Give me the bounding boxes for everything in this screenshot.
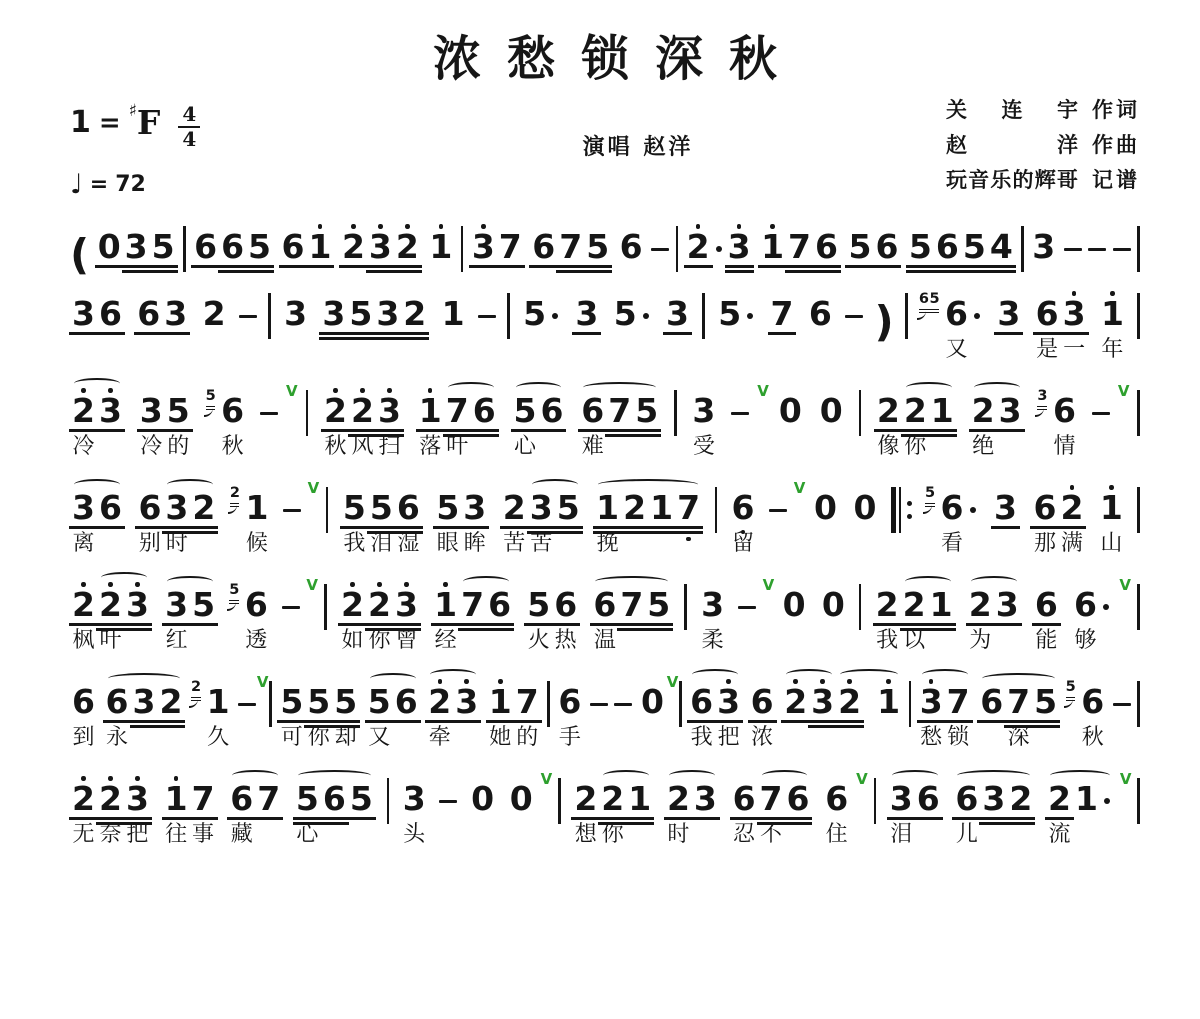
breath-glyph: V: [1119, 576, 1131, 594]
note: 7: [557, 230, 584, 264]
beam-line: [245, 270, 274, 273]
beam-line: [500, 526, 529, 529]
lyric-syllable: 挽: [597, 532, 619, 556]
note-digit: 5心: [512, 394, 539, 428]
slur-arc: 2牵3: [426, 685, 480, 719]
note: 2奈: [97, 782, 124, 816]
beam-line: [103, 720, 132, 723]
beat-group: 56: [846, 230, 900, 264]
beam-line: [69, 817, 98, 820]
notes-row: 2无2奈3把1往7事6藏75心653头00V2想2你12时36忍7不66住V3泪…: [70, 782, 1140, 816]
dash-hold: [590, 703, 608, 707]
note: 5: [645, 588, 672, 622]
slur-arc: 7叶6: [444, 394, 498, 428]
note: 0: [851, 491, 878, 525]
note-digit: 7: [497, 230, 524, 264]
beat-group: 6: [618, 230, 645, 264]
beat-group: 56秋: [1066, 685, 1107, 719]
beam-line: [845, 265, 874, 268]
breath-glyph: V: [856, 770, 868, 788]
credit-role: 作词: [1092, 92, 1140, 127]
note-digit: 3: [70, 297, 97, 331]
beam-line: [400, 332, 429, 335]
lyric-syllable: 头: [403, 823, 425, 847]
lyric-syllable: 无: [72, 823, 94, 847]
beam-line: [189, 817, 218, 820]
grace-note: 65: [919, 292, 940, 307]
beat-group: 3: [282, 297, 309, 331]
note: 2你: [902, 394, 929, 428]
beam-line: [69, 332, 98, 335]
beam-line: [338, 623, 367, 626]
note: 3: [997, 394, 1024, 428]
note: 3冷: [138, 394, 165, 428]
note: 2枫: [70, 588, 97, 622]
beam-line: [96, 332, 125, 335]
note: 5的: [165, 394, 192, 428]
beam-line: [425, 720, 454, 723]
beam-line: [365, 720, 394, 723]
note: 1经: [432, 588, 459, 622]
note-digit: 2我: [874, 588, 901, 622]
note-digit: 3把: [124, 782, 151, 816]
note-digit: 2如: [339, 588, 366, 622]
beam-line: [977, 720, 1006, 723]
barline: [269, 681, 272, 727]
beam-line: [130, 725, 159, 728]
beat-group: 1年: [1099, 297, 1126, 331]
note: 5心: [512, 394, 539, 428]
note: 7锁: [945, 685, 972, 719]
beat-group: 3冷5的: [138, 394, 192, 428]
lyric-syllable: 叶: [446, 435, 468, 459]
lyric-syllable: 永: [106, 726, 128, 750]
beat-group: 1: [440, 297, 467, 331]
note: 2: [782, 685, 809, 719]
breath-glyph: V: [794, 479, 806, 497]
slur-arc: 5心6: [512, 394, 566, 428]
note-digit: 6手: [556, 685, 583, 719]
breath-glyph: V: [763, 576, 775, 594]
octave-dot-high: [481, 224, 486, 229]
note-digit: 3: [726, 230, 753, 264]
beat-group: 2绝3: [970, 394, 1024, 428]
note-digit: 0: [781, 588, 808, 622]
slur-arc: 6我3把: [688, 685, 742, 719]
note: 0: [508, 782, 535, 816]
octave-dot-high: [333, 388, 338, 393]
beat-group: 3532: [320, 297, 428, 331]
slur-arc: 5心65: [294, 782, 375, 816]
note: 3: [123, 230, 150, 264]
credit-name-char: 哥: [1057, 162, 1078, 197]
beam-line: [366, 265, 395, 268]
note-digit: 2时: [665, 782, 692, 816]
note-digit: 3: [664, 297, 691, 331]
note-digit: 2: [836, 685, 863, 719]
note-digit: 6: [813, 230, 840, 264]
octave-dot-high: [174, 776, 179, 781]
credit-name-char: 赵: [946, 127, 967, 162]
note-digit: 2你: [366, 588, 393, 622]
beam-line: [994, 332, 1023, 335]
lyric-syllable: 绝: [972, 435, 994, 459]
note: 1: [759, 230, 786, 264]
note-digit: 7: [675, 491, 702, 525]
note-digit: 2流: [1046, 782, 1073, 816]
beam-line: [758, 265, 787, 268]
lyric-syllable: 藏: [231, 823, 253, 847]
beam-line: [485, 623, 514, 626]
note-digit: 3: [992, 491, 1019, 525]
note: 2: [621, 491, 648, 525]
note: 6手: [556, 685, 583, 719]
barline: [1137, 584, 1140, 630]
meta-row: 1 = ♯ F 4 4 ♩ = 72 演唱 赵洋 关连宇作词赵洋作曲玩音乐的辉哥…: [70, 90, 1140, 197]
beam-line: [933, 270, 962, 273]
octave-dot-high: [81, 582, 86, 587]
note: 3: [994, 588, 1021, 622]
beat-group: 67深5: [978, 685, 1059, 719]
note-digit: 6儿: [953, 782, 980, 816]
note: 6: [915, 782, 942, 816]
beam-line: [135, 526, 164, 529]
beam-line: [647, 526, 676, 529]
beat-group: 232: [340, 230, 421, 264]
lyric-syllable: 手: [559, 726, 581, 750]
beat-group: 3: [992, 491, 1019, 525]
note-digit: 0: [508, 782, 535, 816]
note: 5泪: [368, 491, 395, 525]
barline: [905, 293, 908, 339]
note-digit: 5: [961, 230, 988, 264]
note: 5你: [305, 685, 332, 719]
lyric-syllable: 把: [126, 823, 148, 847]
note-digit: 6: [978, 685, 1005, 719]
note: 6: [530, 230, 557, 264]
note-digit: 3离: [70, 491, 97, 525]
note-digit: 2枫: [70, 588, 97, 622]
breath-glyph: V: [1120, 770, 1132, 788]
beat-group: 3受: [690, 394, 717, 428]
barline: [684, 584, 687, 630]
slur-arc: 2时3: [665, 782, 719, 816]
beam-line: [433, 526, 462, 529]
note-digit: 0: [469, 782, 496, 816]
grace-note: 5: [206, 389, 217, 404]
note-digit: 6温: [591, 588, 618, 622]
note: 2以: [901, 588, 928, 622]
beam-line: [69, 623, 98, 626]
beat-group: 6那2满: [1031, 491, 1085, 525]
octave-dot-high: [387, 388, 392, 393]
barline: [326, 487, 329, 533]
beat-group: 7: [769, 297, 796, 331]
note: 2: [836, 685, 863, 719]
music-line: 2枫2叶33红556透V2如2你3曾1经765火6热6温753柔V002我2以1…: [70, 567, 1140, 662]
beam-line: [593, 526, 622, 529]
note-digit: 0: [639, 685, 666, 719]
note: 6: [471, 394, 498, 428]
beam-line: [134, 332, 163, 335]
note-digit: 2满: [1058, 491, 1085, 525]
repeat-dot: [907, 501, 912, 506]
note: 2风: [349, 394, 376, 428]
lyric-syllable: 秋: [324, 435, 346, 459]
note: 6: [978, 685, 1005, 719]
beam-line: [69, 429, 98, 432]
barline: [874, 778, 877, 824]
credit-name-char: 的: [1013, 162, 1034, 197]
beat-group: 0: [851, 491, 878, 525]
note-digit: 3: [367, 230, 394, 264]
note: 2我: [874, 588, 901, 622]
note: 3愁: [918, 685, 945, 719]
note-digit: 7: [769, 297, 796, 331]
lyric-syllable: 那: [1034, 532, 1056, 556]
note: 1她: [487, 685, 514, 719]
beam-line: [644, 628, 673, 631]
note-digit: 7不: [758, 782, 785, 816]
beam-line: [691, 817, 720, 820]
note-digit: 7的: [514, 685, 541, 719]
note-digit: 5眼: [434, 491, 461, 525]
lyric-syllable: 冷: [72, 435, 94, 459]
note: 0: [469, 782, 496, 816]
lyric-syllable: 苦: [503, 532, 525, 556]
beam-line: [808, 725, 837, 728]
beam-line: [632, 434, 661, 437]
beam-line: [674, 531, 703, 534]
note: 7: [606, 394, 633, 428]
beam-line: [917, 720, 946, 723]
note-digit: 0: [812, 491, 839, 525]
beam-line: [927, 628, 956, 631]
lyric-syllable: 够: [1075, 629, 1097, 653]
dash-hold: [651, 248, 669, 252]
beat-group: 2牵3: [426, 685, 480, 719]
note-digit: 6: [135, 297, 162, 331]
note-digit: 6: [618, 230, 645, 264]
octave-dot-high: [108, 776, 113, 781]
note: 7事: [190, 782, 217, 816]
note: 21候: [230, 491, 271, 525]
lyric-syllable: 我: [876, 629, 898, 653]
note-digit: 2秋: [322, 394, 349, 428]
note: 5火: [525, 588, 552, 622]
lyric-syllable: 透: [245, 629, 267, 653]
augmentation-dot: [970, 507, 976, 513]
dash-hold: [1064, 248, 1082, 252]
beam-line: [394, 526, 423, 529]
lyric-syllable: 牵: [429, 726, 451, 750]
beam-line: [748, 720, 777, 723]
note-digit: 3: [162, 297, 189, 331]
beam-line: [189, 526, 218, 529]
note-digit: 6: [97, 491, 124, 525]
beam-line: [647, 531, 676, 534]
lyric-syllable: 柔: [702, 629, 724, 653]
note-digit: 2苦: [501, 491, 528, 525]
beam-line: [470, 429, 499, 432]
credit-name: 玩音乐的辉哥: [946, 162, 1078, 197]
beam-line: [392, 623, 421, 626]
note-digit: 5: [584, 230, 611, 264]
note-digit: 5: [716, 297, 743, 331]
barline: [461, 226, 464, 272]
note-digit: 6: [97, 297, 124, 331]
credit-row: 赵洋作曲: [946, 127, 1140, 162]
beam-line: [625, 817, 654, 820]
beat-group: 1往7事: [163, 782, 217, 816]
octave-dot-high: [929, 679, 934, 684]
beam-line: [1032, 623, 1061, 626]
augmentation-dot: [747, 313, 753, 319]
note-digit: 6: [393, 685, 420, 719]
note-digit: 6: [321, 782, 348, 816]
note-digit: 5你: [305, 685, 332, 719]
music-line: (035665612321376756231765656543: [70, 209, 1140, 276]
note-digit: 6: [280, 230, 307, 264]
lyric-syllable: 看: [941, 532, 963, 556]
lyric-syllable: 温: [594, 629, 616, 653]
notes-row: 366323353215353576)656又36是3一1年: [70, 297, 1140, 331]
note-digit: 6留: [730, 491, 757, 525]
beam-line: [583, 265, 612, 268]
lyric-syllable: 到: [72, 726, 94, 750]
note: 2绝: [970, 394, 997, 428]
note: 3: [282, 297, 309, 331]
beat-group: 6儿32: [953, 782, 1034, 816]
note: 6那: [1031, 491, 1058, 525]
note-digit: 5: [150, 230, 177, 264]
beam-line: [598, 817, 627, 820]
slur-arc: 67深5: [978, 685, 1059, 719]
beat-group: 0: [812, 491, 839, 525]
note-digit: 2: [1007, 782, 1034, 816]
dash-hold: [239, 315, 257, 319]
beam-line: [218, 270, 247, 273]
beam-line: [725, 270, 754, 273]
beam-line: [227, 817, 256, 820]
note-digit: 1: [626, 782, 653, 816]
barline: [183, 226, 186, 272]
beam-line: [96, 623, 125, 626]
lyric-syllable: 儿: [956, 823, 978, 847]
octave-dot-high: [377, 582, 382, 587]
notes-row: (035665612321376756231765656543: [70, 230, 1140, 264]
note-digit: 2冷: [70, 394, 97, 428]
note-digit: 6情: [1051, 394, 1078, 428]
note: 3: [131, 685, 158, 719]
music-line: 2冷33冷5的56秋V2秋2风3扫1落7叶65心66难753受V002像2你12…: [70, 373, 1140, 468]
lyric-syllable: 满: [1061, 532, 1083, 556]
lyric-syllable: 别: [139, 532, 161, 556]
octave-dot-high: [443, 582, 448, 587]
beat-group: 2像2你1: [875, 394, 956, 428]
note: 1: [427, 230, 454, 264]
note: 2: [1007, 782, 1034, 816]
beam-line: [960, 265, 989, 268]
slur-arc: 76: [459, 588, 513, 622]
note: 2苦: [501, 491, 528, 525]
note-digit: 3: [995, 297, 1022, 331]
beam-line: [392, 720, 421, 723]
credit-row: 关连宇作词: [946, 92, 1140, 127]
slur-arc: 2为3: [967, 588, 1021, 622]
beam-line: [393, 270, 422, 273]
beat-group: 2: [201, 297, 228, 331]
beam-line: [757, 817, 786, 820]
barline: [1137, 390, 1140, 436]
beam-line: [458, 623, 487, 626]
beat-group: 2流1: [1046, 782, 1114, 816]
beam-line: [1060, 332, 1089, 335]
note-digit: 5又: [366, 685, 393, 719]
dash-hold: [1113, 248, 1131, 252]
note: 2想: [572, 782, 599, 816]
beam-line: [123, 817, 152, 820]
octave-dot-high: [108, 582, 113, 587]
beam-line: [887, 817, 916, 820]
note: 3: [1030, 230, 1057, 264]
note-digit: 1久: [205, 685, 232, 719]
beat-group: 6忍7不6: [731, 782, 812, 816]
note-digit: 0: [96, 230, 123, 264]
slur-arc: 21: [836, 685, 902, 719]
beam-line: [1031, 720, 1060, 723]
note-digit: 6: [538, 394, 565, 428]
beat-group: 6: [807, 297, 834, 331]
credit-name-char: 宇: [1057, 92, 1078, 127]
note: 2: [201, 297, 228, 331]
beam-line: [1033, 332, 1062, 335]
note-digit: 3: [470, 230, 497, 264]
note: 7的: [514, 685, 541, 719]
octave-dot-high: [135, 776, 140, 781]
beam-line: [162, 817, 191, 820]
lyric-syllable: 往: [165, 823, 187, 847]
beat-group: 2我2以1: [874, 588, 955, 622]
breath-glyph: V: [308, 479, 320, 497]
lyric-syllable: 住: [826, 823, 848, 847]
octave-dot-high: [360, 388, 365, 393]
beam-line: [431, 623, 460, 626]
note: 3曾: [393, 588, 420, 622]
beam-line: [872, 265, 901, 268]
lyric-syllable: 锁: [947, 726, 969, 750]
lyric-syllable: 红: [166, 629, 188, 653]
beam-line: [617, 628, 646, 631]
note: 21久: [191, 685, 232, 719]
note: 2冷: [70, 394, 97, 428]
beam-line: [605, 434, 634, 437]
note: 1: [1073, 782, 1114, 816]
note-digit: 5火: [525, 588, 552, 622]
note: 6难: [579, 394, 606, 428]
note-digit: 1: [306, 230, 333, 264]
beam-line: [123, 628, 152, 631]
note-digit: 3: [997, 394, 1024, 428]
note-digit: 3: [320, 297, 347, 331]
beam-line: [393, 265, 422, 268]
time-signature: 4 4: [178, 104, 200, 150]
note-digit: 5: [521, 297, 548, 331]
slur-arc: 2叶3: [97, 588, 151, 622]
note: 5: [150, 230, 177, 264]
lyric-syllable: 心: [296, 823, 318, 847]
beam-line: [571, 817, 600, 820]
